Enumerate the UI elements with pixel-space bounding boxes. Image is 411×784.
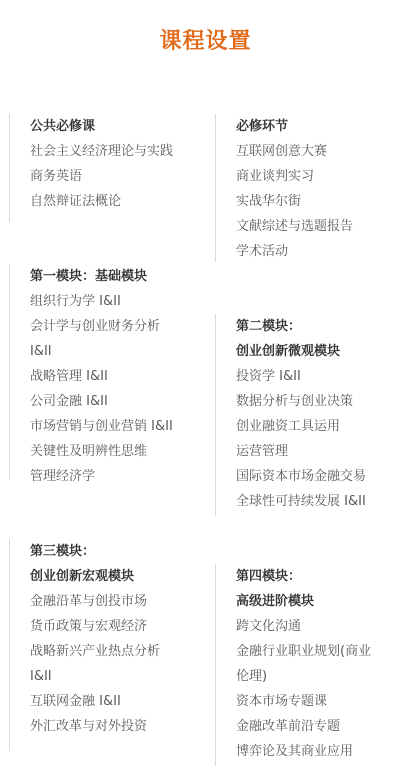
required-sessions-section: 必修环节 互联网创意大赛 商业谈判实习 实战华尔街 文献综述与选题报告 学术活动: [215, 114, 216, 262]
course-item: 商业谈判实习: [236, 164, 353, 189]
course-item: I&II: [30, 339, 173, 364]
section-heading: 必修环节: [236, 114, 353, 139]
section-subheading: 创业创新微观模块: [236, 339, 366, 364]
page-title: 课程设置: [0, 24, 411, 55]
course-item: 文献综述与选题报告: [236, 214, 353, 239]
course-item: 关键性及明辨性思维: [30, 439, 173, 464]
course-item: 运营管理: [236, 439, 366, 464]
course-item: 社会主义经济理论与实践: [30, 139, 173, 164]
module2-section: 第二模块： 创业创新微观模块 投资学 I&II 数据分析与创业决策 创业融资工具…: [215, 314, 216, 516]
course-item: 商务英语: [30, 164, 173, 189]
course-item: 金融沿革与创投市场: [30, 589, 160, 614]
section-heading: 第二模块：: [236, 314, 366, 339]
course-item: 互联网创意大赛: [236, 139, 353, 164]
course-item: 货币政策与宏观经济: [30, 614, 160, 639]
course-item: 全球性可持续发展 I&II: [236, 489, 366, 514]
course-item: 组织行为学 I&II: [30, 289, 173, 314]
module1-section: 第一模块：基础模块 组织行为学 I&II 会计学与创业财务分析 I&II 战略管…: [9, 264, 10, 480]
course-item: 数据分析与创业决策: [236, 389, 366, 414]
section-heading: 第一模块：基础模块: [30, 264, 173, 289]
course-item: 学术活动: [236, 239, 353, 264]
section-heading: 第四模块：: [236, 564, 371, 589]
module3-section: 第三模块： 创业创新宏观模块 金融沿革与创投市场 货币政策与宏观经济 战略新兴产…: [9, 539, 10, 751]
course-item: 投资学 I&II: [236, 364, 366, 389]
course-item: 实战华尔街: [236, 189, 353, 214]
course-item: 战略管理 I&II: [30, 364, 173, 389]
course-item: 会计学与创业财务分析: [30, 314, 173, 339]
course-item: 公司金融 I&II: [30, 389, 173, 414]
course-item: I&II: [30, 664, 160, 689]
section-heading: 第三模块：: [30, 539, 160, 564]
course-item: 跨文化沟通: [236, 614, 371, 639]
course-item: 自然辩证法概论: [30, 189, 173, 214]
module4-section: 第四模块： 高级进阶模块 跨文化沟通 金融行业职业规划(商业 伦理) 资本市场专…: [215, 564, 216, 766]
course-item: 战略新兴产业热点分析: [30, 639, 160, 664]
course-item: 资本市场专题课: [236, 689, 371, 714]
course-item: 市场营销与创业营销 I&II: [30, 414, 173, 439]
public-required-section: 公共必修课 社会主义经济理论与实践 商务英语 自然辩证法概论: [9, 114, 10, 222]
course-item: 博弈论及其商业应用: [236, 739, 371, 764]
course-item: 金融改革前沿专题: [236, 714, 371, 739]
section-subheading: 创业创新宏观模块: [30, 564, 160, 589]
section-subheading: 高级进阶模块: [236, 589, 371, 614]
course-item: 管理经济学: [30, 464, 173, 489]
course-item: 创业融资工具运用: [236, 414, 366, 439]
course-item: 互联网金融 I&II: [30, 689, 160, 714]
course-item: 金融行业职业规划(商业: [236, 639, 371, 664]
section-heading: 公共必修课: [30, 114, 173, 139]
course-item: 国际资本市场金融交易: [236, 464, 366, 489]
course-item: 伦理): [236, 664, 371, 689]
course-item: 外汇改革与对外投资: [30, 714, 160, 739]
